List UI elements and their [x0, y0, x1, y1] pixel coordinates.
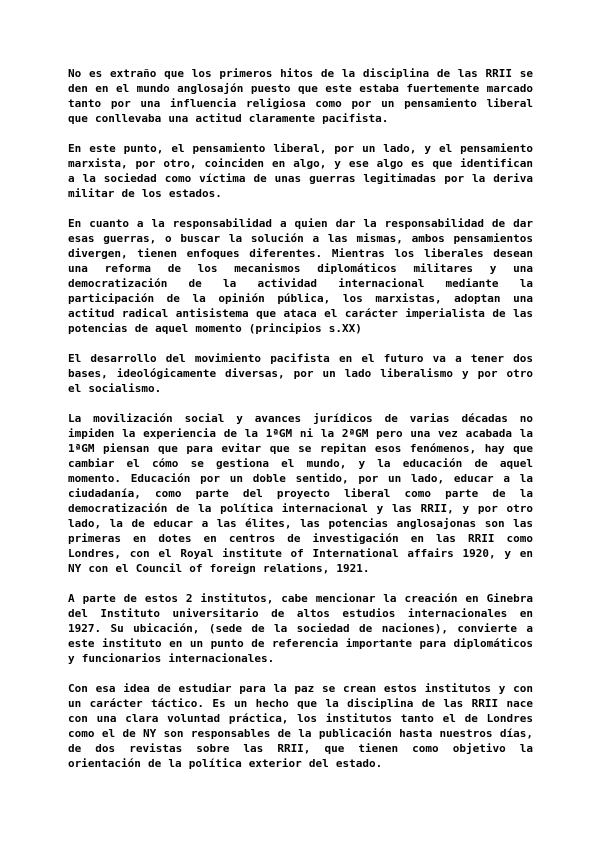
document-text-block: No es extraño que los primeros hitos de … [68, 66, 533, 771]
paragraph: La movilización social y avances jurídic… [68, 411, 533, 576]
paragraph: En cuanto a la responsabilidad a quien d… [68, 216, 533, 336]
paragraph: Con esa idea de estudiar para la paz se … [68, 681, 533, 771]
document-page: No es extraño que los primeros hitos de … [0, 0, 600, 848]
paragraph: En este punto, el pensamiento liberal, p… [68, 141, 533, 201]
paragraph: A parte de estos 2 institutos, cabe menc… [68, 591, 533, 666]
paragraph: No es extraño que los primeros hitos de … [68, 66, 533, 126]
paragraph: El desarrollo del movimiento pacifista e… [68, 351, 533, 396]
